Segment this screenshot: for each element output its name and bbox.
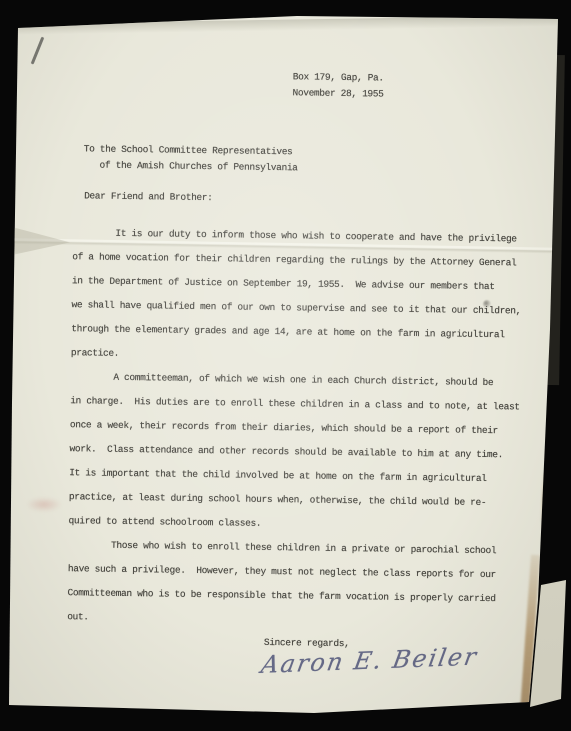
salutation: Dear Friend and Brother:: [84, 190, 213, 203]
recipient-line: of the Amish Churches of Pennsylvania: [83, 157, 297, 175]
paragraph-2: A committeeman, of which we wish one in …: [68, 365, 540, 540]
recipient-block: To the School Committee Representatives …: [83, 141, 297, 175]
return-address-line: Box 179, Gap, Pa.: [293, 69, 384, 86]
letter-body: It is our duty to inform those who wish …: [67, 221, 543, 636]
typed-letter-content: Box 179, Gap, Pa.November 28, 1955 To th…: [0, 0, 571, 731]
return-address-block: Box 179, Gap, Pa.November 28, 1955: [292, 69, 383, 102]
return-address-line: November 28, 1955: [292, 85, 383, 102]
paragraph-1: It is our duty to inform those who wish …: [71, 221, 543, 372]
paragraph-3: Those who wish to enroll these children …: [67, 533, 538, 636]
photographed-letter: Box 179, Gap, Pa.November 28, 1955 To th…: [0, 0, 571, 731]
letter-paper: Box 179, Gap, Pa.November 28, 1955 To th…: [0, 0, 571, 731]
